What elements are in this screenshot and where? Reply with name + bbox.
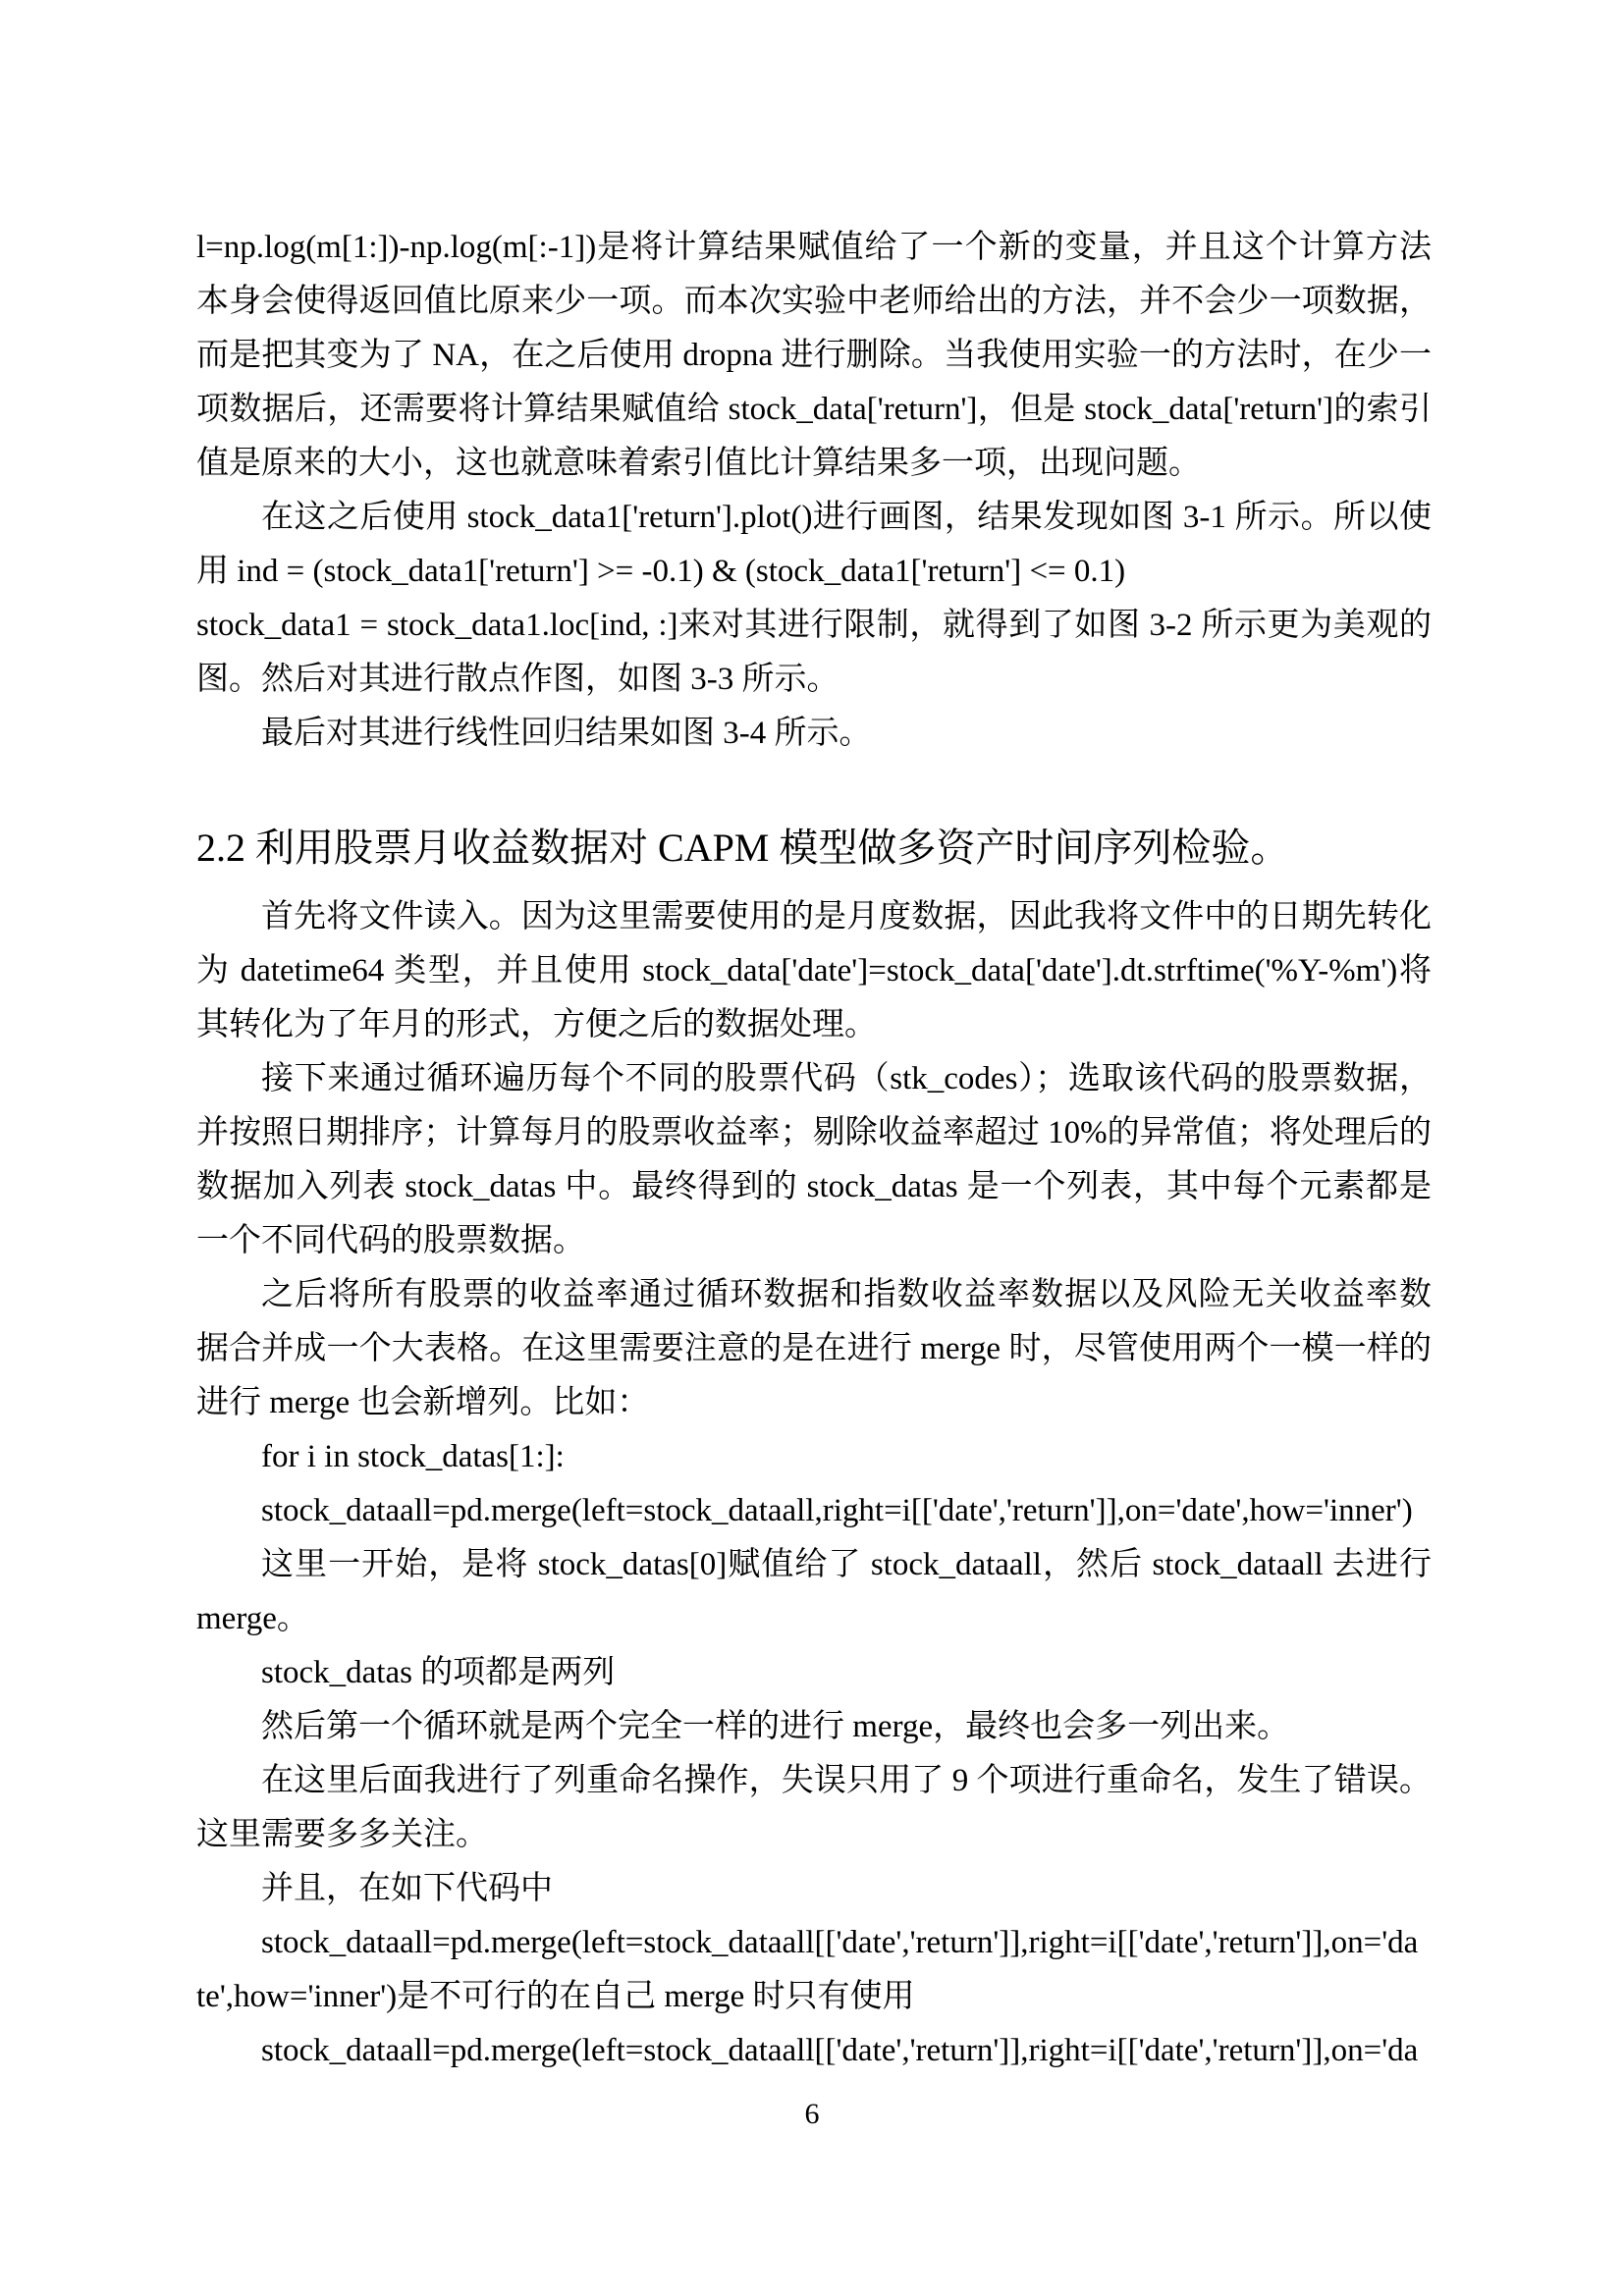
text-line: 并按照日期排序；计算每月的股票收益率；剔除收益率超过 10%的异常值；将处理后的: [196, 1106, 1432, 1160]
text-line: 而是把其变为了 NA，在之后使用 dropna 进行删除。当我使用实验一的方法时…: [196, 329, 1432, 383]
text-line: 一个不同代码的股票数据。: [196, 1214, 1432, 1268]
section-heading: 2.2 利用股票月收益数据对 CAPM 模型做多资产时间序列检验。: [196, 816, 1432, 881]
text-line: 用 ind = (stock_data1['return'] >= -0.1) …: [196, 545, 1432, 599]
text-line: 项数据后，还需要将计算结果赋值给 stock_data['return']，但是…: [196, 383, 1432, 437]
text-line: for i in stock_datas[1:]:: [196, 1430, 1432, 1484]
text-line: 这里需要多多关注。: [196, 1808, 1432, 1862]
text-line: 为 datetime64 类型，并且使用 stock_data['date']=…: [196, 944, 1432, 998]
text-line: 本身会使得返回值比原来少一项。而本次实验中老师给出的方法，并不会少一项数据，: [196, 275, 1432, 329]
text-line: stock_data1 = stock_data1.loc[ind, :]来对其…: [196, 599, 1432, 653]
text-line: 这里一开始，是将 stock_datas[0]赋值给了 stock_dataal…: [196, 1538, 1432, 1592]
text-line: stock_dataall=pd.merge(left=stock_dataal…: [196, 1484, 1432, 1538]
text-line: 其转化为了年月的形式，方便之后的数据处理。: [196, 998, 1432, 1052]
text-line: 在这里后面我进行了列重命名操作，失误只用了 9 个项进行重命名，发生了错误。: [196, 1754, 1432, 1808]
text-line: 在这之后使用 stock_data1['return'].plot()进行画图，…: [196, 491, 1432, 545]
text-line: l=np.log(m[1:])-np.log(m[:-1])是将计算结果赋值给了…: [196, 221, 1432, 275]
text-line: stock_dataall=pd.merge(left=stock_dataal…: [196, 1916, 1432, 1970]
text-line: 值是原来的大小，这也就意味着索引值比计算结果多一项，出现问题。: [196, 437, 1432, 491]
page-content: l=np.log(m[1:])-np.log(m[:-1])是将计算结果赋值给了…: [196, 221, 1432, 2078]
text-line: 并且，在如下代码中: [196, 1862, 1432, 1916]
text-line: 进行 merge 也会新增列。比如：: [196, 1376, 1432, 1430]
text-line: te',how='inner')是不可行的在自己 merge 时只有使用: [196, 1970, 1432, 2024]
text-line: merge。: [196, 1592, 1432, 1646]
text-line: 数据加入列表 stock_datas 中。最终得到的 stock_datas 是…: [196, 1160, 1432, 1214]
text-line: 然后第一个循环就是两个完全一样的进行 merge，最终也会多一列出来。: [196, 1700, 1432, 1754]
text-line: stock_datas 的项都是两列: [196, 1646, 1432, 1700]
page-number: 6: [0, 2097, 1624, 2132]
document-page: l=np.log(m[1:])-np.log(m[:-1])是将计算结果赋值给了…: [0, 0, 1624, 2296]
text-line: 首先将文件读入。因为这里需要使用的是月度数据，因此我将文件中的日期先转化: [196, 890, 1432, 944]
text-line: 图。然后对其进行散点作图，如图 3-3 所示。: [196, 653, 1432, 707]
text-line: 之后将所有股票的收益率通过循环数据和指数收益率数据以及风险无关收益率数: [196, 1268, 1432, 1322]
text-line: 接下来通过循环遍历每个不同的股票代码（stk_codes）；选取该代码的股票数据…: [196, 1052, 1432, 1106]
text-line: stock_dataall=pd.merge(left=stock_dataal…: [196, 2024, 1432, 2078]
text-line: 据合并成一个大表格。在这里需要注意的是在进行 merge 时，尽管使用两个一模一…: [196, 1322, 1432, 1376]
text-line: 最后对其进行线性回归结果如图 3-4 所示。: [196, 707, 1432, 761]
